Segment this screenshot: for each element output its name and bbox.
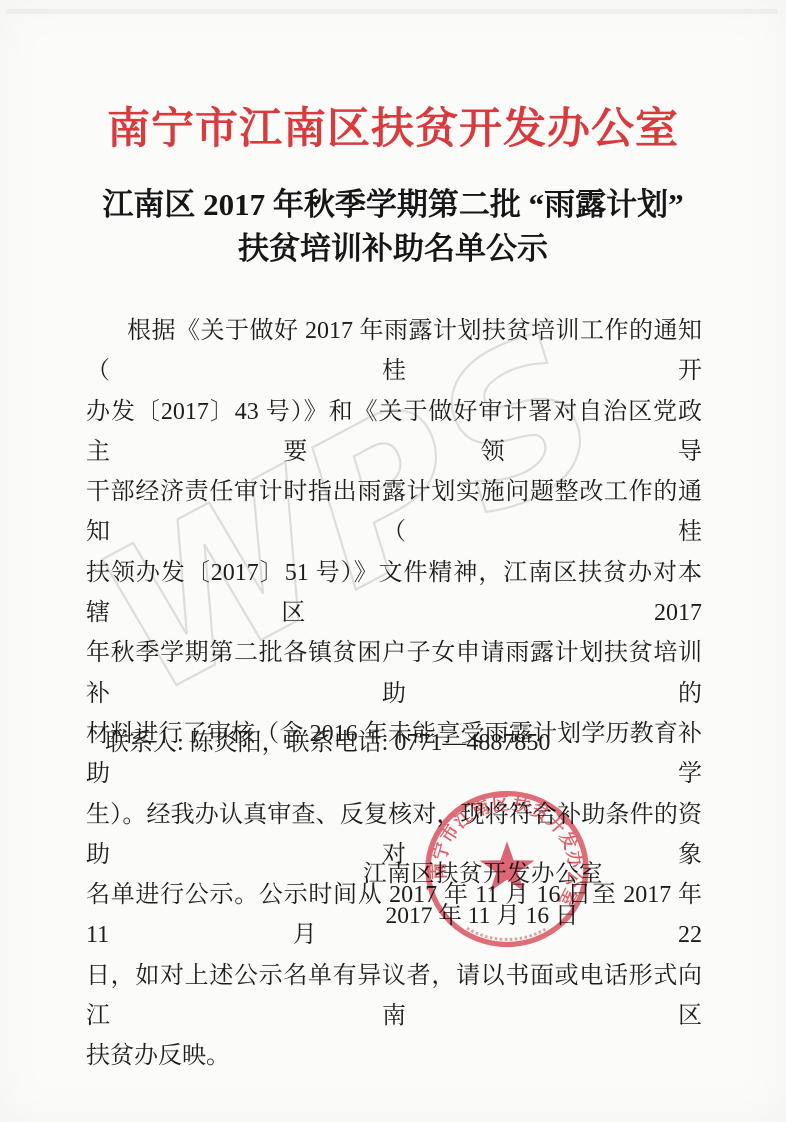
body-line: 扶贫办反映。	[86, 1036, 702, 1076]
body-line: 年秋季学期第二批各镇贫困户子女申请雨露计划扶贫培训补助的	[86, 633, 702, 714]
office-title: 南宁市江南区扶贫开发办公室	[0, 101, 786, 159]
body-line: 办发〔2017〕43 号）》和《关于做好审计署对自治区党政主要领导	[86, 392, 702, 473]
body-line: 干部经济责任审计时指出雨露计划实施问题整改工作的通知（桂	[86, 472, 702, 553]
signature-office: 江南区扶贫开发办公室	[363, 854, 603, 894]
signature-date: 2017 年 11 月 16 日	[385, 896, 578, 936]
body-line: 根据《关于做好 2017 年雨露计划扶贫培训工作的通知（桂开	[86, 311, 702, 392]
document-title-line2: 扶贫培训补助名单公示	[0, 227, 786, 271]
contact-line: 联系人: 陈炎阳，联系电话: 0771—4887850	[105, 723, 721, 763]
scanned-document-page: WPS 南宁市江南区扶贫开发办公室 江南区 2017 年秋季学期第二批 “雨露计…	[0, 0, 786, 1122]
body-line: 扶领办发〔2017〕51 号）》文件精神，江南区扶贫办对本辖区 2017	[86, 553, 702, 634]
body-line: 日，如对上述公示名单有异议者，请以书面或电话形式向江南区	[86, 956, 702, 1037]
scan-artifact-top	[6, 9, 778, 14]
document-title-line1: 江南区 2017 年秋季学期第二批 “雨露计划”	[0, 183, 786, 227]
document-title: 江南区 2017 年秋季学期第二批 “雨露计划” 扶贫培训补助名单公示	[0, 183, 786, 270]
body-paragraph: 根据《关于做好 2017 年雨露计划扶贫培训工作的通知（桂开 办发〔2017〕4…	[86, 311, 702, 1077]
